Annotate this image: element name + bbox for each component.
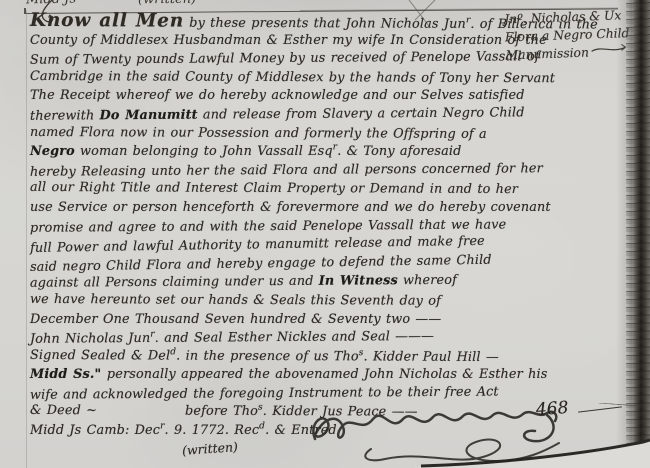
manuscript-line: County of Middlesex Husbandman & Esther … bbox=[30, 32, 530, 51]
recorder-signature-flourish bbox=[305, 405, 575, 463]
manuscript-line: therewith Do Manumitt and release from S… bbox=[30, 104, 530, 126]
book-gutter-edge bbox=[626, 0, 650, 468]
manuscript-line: Midd Ss." personally appeared the aboven… bbox=[30, 366, 530, 385]
manuscript-line: we have hereunto set our hands & Seals t… bbox=[30, 291, 530, 312]
manuscript-line: John Nicholas Junr. and Seal Esther Nick… bbox=[30, 327, 530, 349]
remnant-text-center: (written) bbox=[138, 0, 196, 7]
deed-text-block: Know all Men by these presents that John… bbox=[30, 13, 530, 441]
manuscript-line: Negro woman belonging to John Vassall Es… bbox=[30, 143, 530, 162]
manuscript-line: The Receipt whereof we do hereby acknowl… bbox=[30, 87, 530, 106]
manuscript-line: Signed Sealed & Deld. in the presence of… bbox=[30, 347, 530, 368]
manuscript-line: Cambridge in the said County of Middlese… bbox=[30, 68, 530, 89]
manuscript-line: use Service or person henceforth & forev… bbox=[30, 199, 530, 218]
manuscript-line: Know all Men by these presents that John… bbox=[30, 12, 530, 33]
manuscript-line: named Flora now in our Possession and fo… bbox=[30, 123, 530, 144]
manuscript-line: Sum of Twenty pounds Lawful Money by us … bbox=[30, 48, 530, 70]
written-notation: (written) bbox=[182, 439, 239, 458]
left-margin-line bbox=[26, 10, 27, 468]
manuscript-page-scan: Midd Js (written) Know all Men by these … bbox=[0, 0, 650, 468]
manuscript-line: December One Thousand Seven hundred & Se… bbox=[30, 311, 530, 330]
manuscript-line: all our Right Title and Interest Claim P… bbox=[30, 179, 530, 200]
